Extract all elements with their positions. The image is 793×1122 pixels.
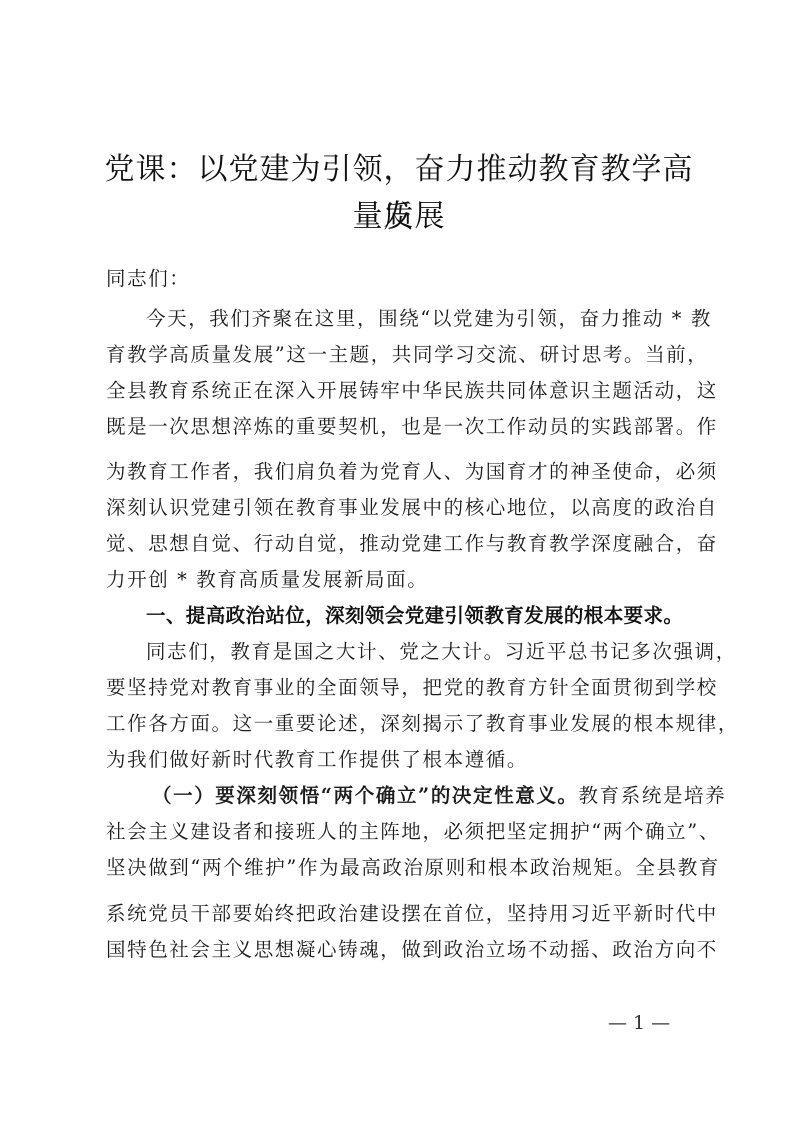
salutation: 同志们：	[106, 264, 696, 294]
intro-line: 觉、思想自觉、行动自觉，推动党建工作与教育教学深度融合，奋	[106, 529, 696, 559]
subsection-1-heading: （一）要深刻领悟“两个确立”的决定性意义。	[152, 784, 579, 807]
section-1-heading: 一、提高政治站位，深刻领会党建引领教育发展的根本要求。	[146, 601, 696, 631]
intro-line: 为教育工作者，我们肩负着为党育人、为国育才的神圣使命，必须	[106, 457, 696, 487]
section-1-line: 工作各方面。这一重要论述，深刻揭示了教育事业发展的根本规律，	[106, 709, 696, 739]
section-1-line: 要坚持党对教育事业的全面领导，把党的教育方针全面贯彻到学校	[106, 673, 696, 703]
intro-line: 今天，我们齐聚在这里，围绕“以党建为引领，奋力推动 * 教	[146, 304, 696, 334]
section-1-line: 为我们做好新时代教育工作提供了根本遵循。	[106, 745, 696, 775]
document-title-line-2: 量发展	[104, 193, 694, 241]
subsection-1-line: 社会主义建设者和接班人的主阵地，必须把坚定拥护“两个确立”、	[106, 817, 696, 847]
intro-line: 力开创 * 教育高质量发展新局面。	[106, 565, 696, 595]
subsection-1-first-rest: 教育系统是培养	[579, 784, 727, 807]
subsection-1-line: 坚决做到“两个维护”作为最高政治原则和根本政治规矩。全县教育	[106, 853, 696, 883]
intro-line: 全县教育系统正在深入开展铸牢中华民族共同体意识主题活动，这	[106, 376, 696, 406]
section-1-line: 同志们，教育是国之大计、党之大计。习近平总书记多次强调，	[146, 637, 696, 667]
page-number: — 1 —	[608, 1012, 670, 1034]
intro-line: 既是一次思想淬炼的重要契机，也是一次工作动员的实践部署。作	[106, 412, 696, 442]
subsection-1-line: 系统党员干部要始终把政治建设摆在首位，坚持用习近平新时代中	[106, 899, 696, 929]
intro-line: 深刻认识党建引领在教育事业发展中的核心地位，以高度的政治自	[106, 493, 696, 523]
subsection-1-line: 国特色社会主义思想凝心铸魂，做到政治立场不动摇、政治方向不	[106, 935, 696, 965]
subsection-1-first-line: （一）要深刻领悟“两个确立”的决定性意义。教育系统是培养	[152, 781, 702, 811]
intro-line: 育教学高质量发展”这一主题，共同学习交流、研讨思考。当前，	[106, 340, 696, 370]
document-page: 党课：以党建为引领，奋力推动教育教学高质 量发展 同志们： 今天，我们齐聚在这里…	[0, 0, 793, 1122]
